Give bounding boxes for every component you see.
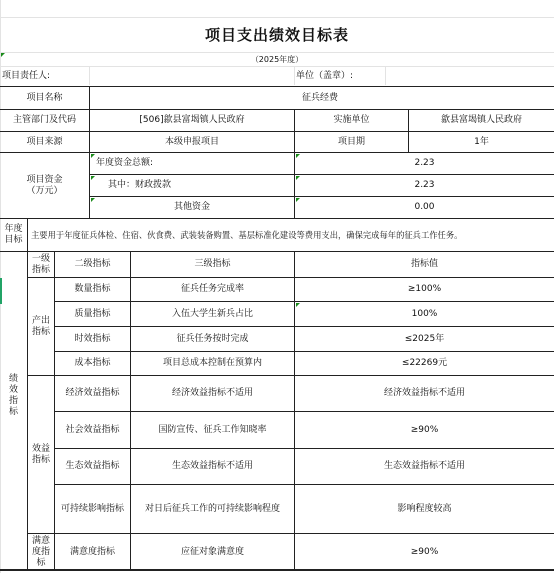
group-output-label: 产出指标 [28,278,55,376]
level3-cell[interactable]: 入伍大学生新兵占比 [131,302,295,327]
comment-marker [296,198,300,202]
level3-cell[interactable]: 生态效益指标不适用 [131,449,295,485]
value-cell[interactable]: ≤2025年 [295,327,554,352]
annual-goal-label: 年度目标 [0,219,28,252]
project-name-label: 项目名称 [0,87,90,110]
header-level3: 三级指标 [131,252,295,278]
unit-label: 单位（盖章）: [294,67,385,85]
year-label: （2025年度） [0,53,554,66]
annual-goal-value[interactable]: 主要用于年度征兵体检、住宿、伙食费、武装装备购置、基层标准化建设等费用支出，确保… [28,219,554,252]
value-cell[interactable]: ≥100% [295,278,554,302]
group-satisfaction-label: 满意度指标 [28,534,55,570]
level2-cell: 满意度指标 [55,534,131,570]
level3-cell[interactable]: 应征对象满意度 [131,534,295,570]
value-cell[interactable]: 100% [295,302,554,327]
period-label: 项目期 [295,132,409,153]
fund-total-value[interactable]: 2.23 [295,153,554,175]
fund-other-label: 其他资金 [90,197,295,219]
comment-marker [91,176,95,180]
header-level1: 一级指标 [28,252,55,278]
fund-total-label: 年度资金总额: [90,153,295,175]
level2-cell: 成本指标 [55,352,131,376]
page-title: 项目支出绩效目标表 [0,18,554,52]
value-cell[interactable]: ≥90% [295,412,554,449]
level2-cell: 生态效益指标 [55,449,131,485]
dept-label: 主管部门及代码 [0,110,90,132]
level3-cell[interactable]: 国防宣传、征兵工作知晓率 [131,412,295,449]
level2-cell: 社会效益指标 [55,412,131,449]
responsible-value[interactable] [89,67,294,85]
source-value[interactable]: 本级申报项目 [90,132,295,153]
comment-marker [296,154,300,158]
group-benefit-label: 效益指标 [28,376,55,534]
value-cell[interactable]: 经济效益指标不适用 [295,376,554,412]
source-label: 项目来源 [0,132,90,153]
level2-cell: 时效指标 [55,327,131,352]
fund-other-value[interactable]: 0.00 [295,197,554,219]
indicators-section-label: 绩效指标 [0,252,28,570]
comment-marker [296,176,300,180]
level2-cell: 经济效益指标 [55,376,131,412]
level2-cell: 数量指标 [55,278,131,302]
comment-marker [91,154,95,158]
comment-marker [91,198,95,202]
level2-cell: 质量指标 [55,302,131,327]
comment-marker [296,303,300,307]
fund-fiscal-label: 其中：财政拨款 [90,175,295,197]
header-level2: 二级指标 [55,252,131,278]
responsible-label: 项目责任人: [0,67,89,85]
level3-cell[interactable]: 征兵任务完成率 [131,278,295,302]
level3-cell[interactable]: 征兵任务按时完成 [131,327,295,352]
level3-cell[interactable]: 对日后征兵工作的可持续影响程度 [131,485,295,534]
project-name-value[interactable]: 征兵经费 [90,87,554,110]
impl-value[interactable]: 歙县富堨镇人民政府 [409,110,554,132]
period-value[interactable]: 1年 [409,132,554,153]
impl-label: 实施单位 [295,110,409,132]
funds-label: 项目资金 （万元） [0,153,90,219]
indicators-section-text: 绩效指标 [9,374,19,418]
unit-value[interactable] [385,67,554,85]
value-cell[interactable]: ≤22269元 [295,352,554,376]
value-cell[interactable]: ≥90% [295,534,554,570]
dept-value[interactable]: [506]歙县富堨镇人民政府 [90,110,295,132]
level3-cell[interactable]: 项目总成本控制在预算内 [131,352,295,376]
level3-cell[interactable]: 经济效益指标不适用 [131,376,295,412]
value-cell[interactable]: 影响程度较高 [295,485,554,534]
level2-cell: 可持续影响指标 [55,485,131,534]
value-cell[interactable]: 生态效益指标不适用 [295,449,554,485]
header-value: 指标值 [295,252,554,278]
fund-fiscal-value[interactable]: 2.23 [295,175,554,197]
